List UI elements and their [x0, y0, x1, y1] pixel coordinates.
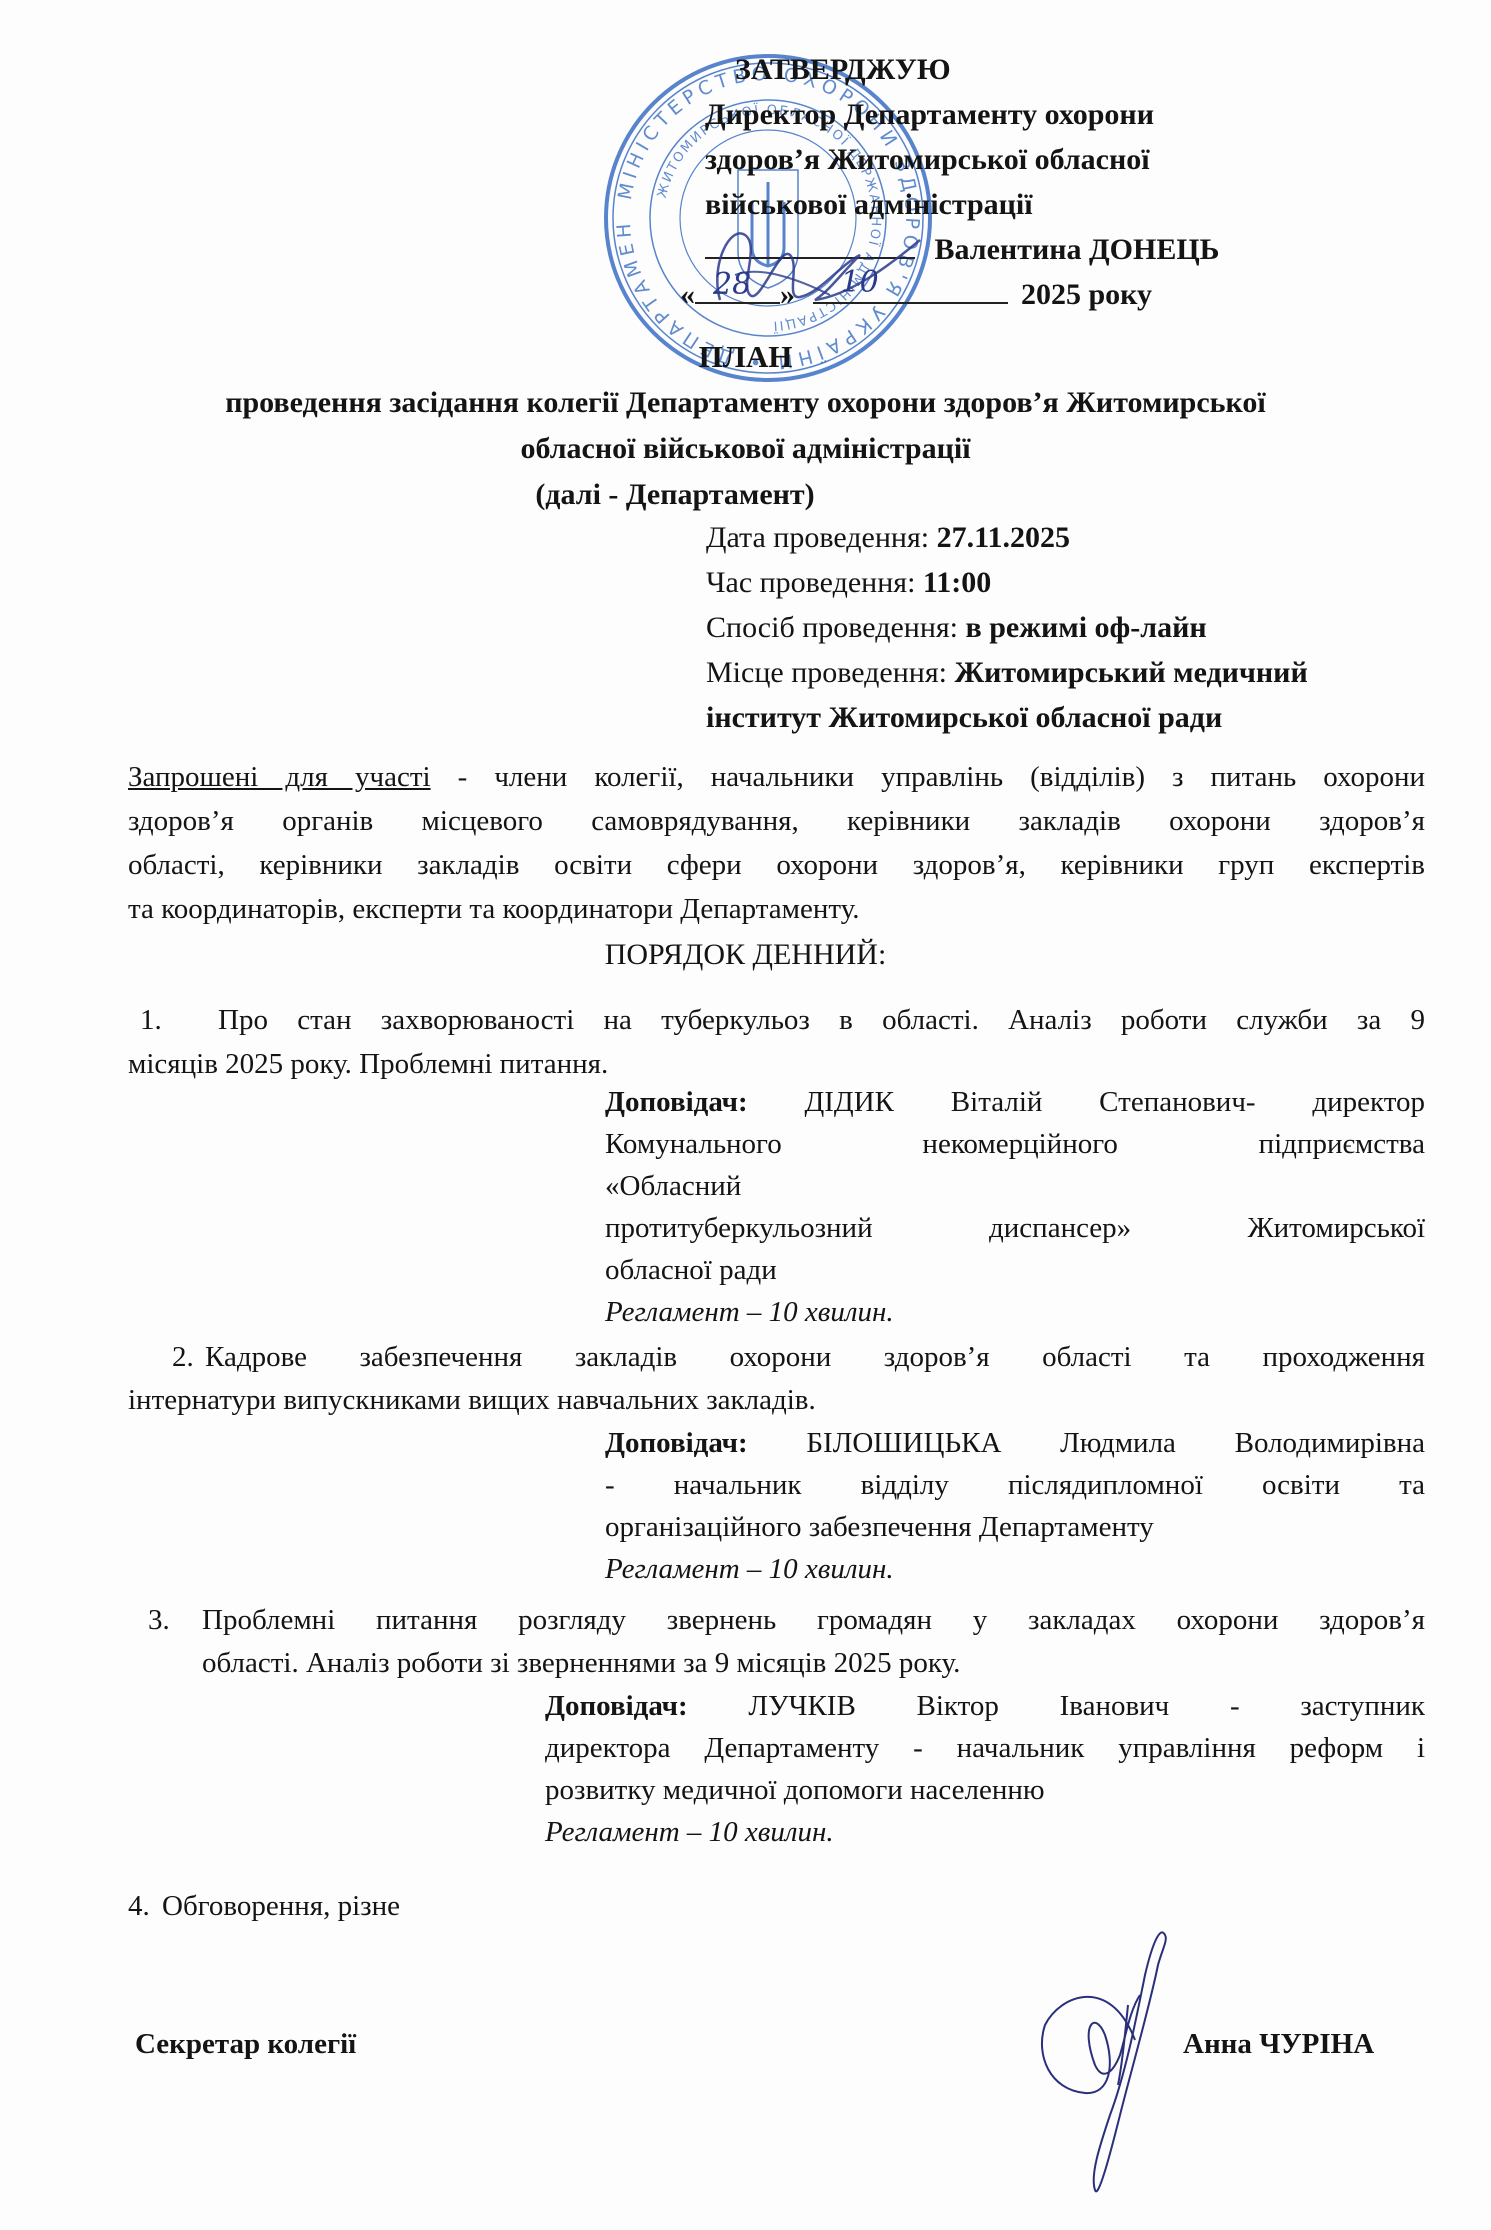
director-signature: [690, 205, 930, 325]
agenda-item-text: інтернатури випускниками вищих навчальни…: [128, 1378, 1425, 1422]
reporter-name: ДІДИК Віталій Степанович- директор: [748, 1086, 1425, 1118]
reporter-label: Доповідач:: [605, 1086, 748, 1118]
secretary-signature: [1040, 1915, 1180, 2195]
secretary-name: Анна ЧУРІНА: [1183, 2022, 1374, 2066]
regulation-note: Регламент – 10 хвилин.: [605, 1547, 894, 1591]
agenda-item-text: Про стан захворюваності на туберкульоз в…: [218, 998, 1425, 1042]
agenda-item-number: 4.: [128, 1884, 150, 1928]
invited-text: - члени колегії, начальники управлінь (в…: [431, 761, 1425, 793]
agenda-item-text: Обговорення, різне: [162, 1884, 400, 1928]
document-subtitle-line: (далі - Департамент): [0, 472, 1350, 517]
reporter-line: розвитку медичної допомоги населенню: [545, 1768, 1045, 1812]
document-subtitle-line: обласної військової адміністрації: [0, 426, 1491, 471]
meeting-place-value-continued: інститут Житомирської обласної ради: [706, 695, 1222, 740]
agenda-item-number: 1.: [140, 998, 162, 1042]
reporter-name: ЛУЧКІВ Віктор Іванович - заступник: [688, 1690, 1425, 1722]
invited-line: та координаторів, експерти та координато…: [128, 887, 1425, 931]
meeting-time-label: Час проведення:: [706, 566, 923, 599]
invited-line: здоров’я органів місцевого самоврядуванн…: [128, 799, 1425, 843]
meeting-mode-value: в режимі оф-лайн: [966, 611, 1207, 644]
invited-label: Запрошені для участі: [128, 761, 431, 793]
reporter-line: Доповідач: ДІДИК Віталій Степанович- дир…: [605, 1080, 1425, 1124]
regulation-note: Регламент – 10 хвилин.: [605, 1290, 894, 1334]
agenda-item-text: Проблемні питання розгляду звернень гром…: [202, 1598, 1425, 1642]
meeting-time-value: 11:00: [923, 566, 991, 599]
meeting-mode-label: Спосіб проведення:: [706, 611, 966, 644]
invited-line: області, керівники закладів освіти сфери…: [128, 843, 1425, 887]
secretary-title: Секретар колегії: [135, 2022, 356, 2066]
approval-position-line: Директор Департаменту охорони: [705, 92, 1154, 137]
agenda-item-number: 2.: [172, 1335, 194, 1379]
approval-position-line: здоров’я Житомирської обласної: [705, 137, 1150, 182]
meeting-place-label: Місце проведення:: [706, 656, 954, 689]
meeting-mode: Спосіб проведення: в режимі оф-лайн: [706, 605, 1207, 650]
document-subtitle-line: проведення засідання колегії Департамент…: [0, 380, 1491, 425]
reporter-line: «Обласний: [605, 1164, 741, 1208]
reporter-label: Доповідач:: [545, 1690, 688, 1722]
reporter-label: Доповідач:: [605, 1427, 748, 1459]
meeting-time: Час проведення: 11:00: [706, 560, 991, 605]
meeting-date-label: Дата проведення:: [706, 521, 937, 554]
agenda-heading: ПОРЯДОК ДЕННИЙ:: [0, 932, 1491, 977]
meeting-date: Дата проведення: 27.11.2025: [706, 515, 1070, 560]
reporter-line: організаційного забезпечення Департамент…: [605, 1505, 1154, 1549]
approval-signatory: Валентина ДОНЕЦЬ: [935, 233, 1220, 266]
agenda-item-number: 3.: [148, 1598, 170, 1642]
reporter-line: директора Департаменту - начальник управ…: [545, 1726, 1425, 1770]
reporter-line: - начальник відділу післядипломної освіт…: [605, 1463, 1425, 1507]
agenda-item-text: Кадрове забезпечення закладів охорони зд…: [205, 1335, 1425, 1379]
approval-heading: ЗАТВЕРДЖУЮ: [735, 47, 951, 92]
agenda-item-text: області. Аналіз роботи зі зверненнями за…: [202, 1641, 960, 1685]
reporter-line: Комунального некомерційного підприємства: [605, 1122, 1425, 1166]
approval-year: 2025 року: [1021, 278, 1152, 311]
regulation-note: Регламент – 10 хвилин.: [545, 1810, 834, 1854]
reporter-line: протитуберкульозний диспансер» Житомирсь…: [605, 1206, 1425, 1250]
invited-line: Запрошені для участі - члени колегії, на…: [128, 755, 1425, 799]
reporter-line: Доповідач: БІЛОШИЦЬКА Людмила Володимирі…: [605, 1421, 1425, 1465]
meeting-place-value: Житомирський медичний: [954, 656, 1307, 689]
meeting-place: Місце проведення: Житомирський медичний: [706, 650, 1308, 695]
reporter-line: обласної ради: [605, 1248, 777, 1292]
reporter-name: БІЛОШИЦЬКА Людмила Володимирівна: [748, 1427, 1425, 1459]
document-title: ПЛАН: [0, 334, 1491, 379]
meeting-date-value: 27.11.2025: [937, 521, 1070, 554]
reporter-line: Доповідач: ЛУЧКІВ Віктор Іванович - заст…: [545, 1684, 1425, 1728]
